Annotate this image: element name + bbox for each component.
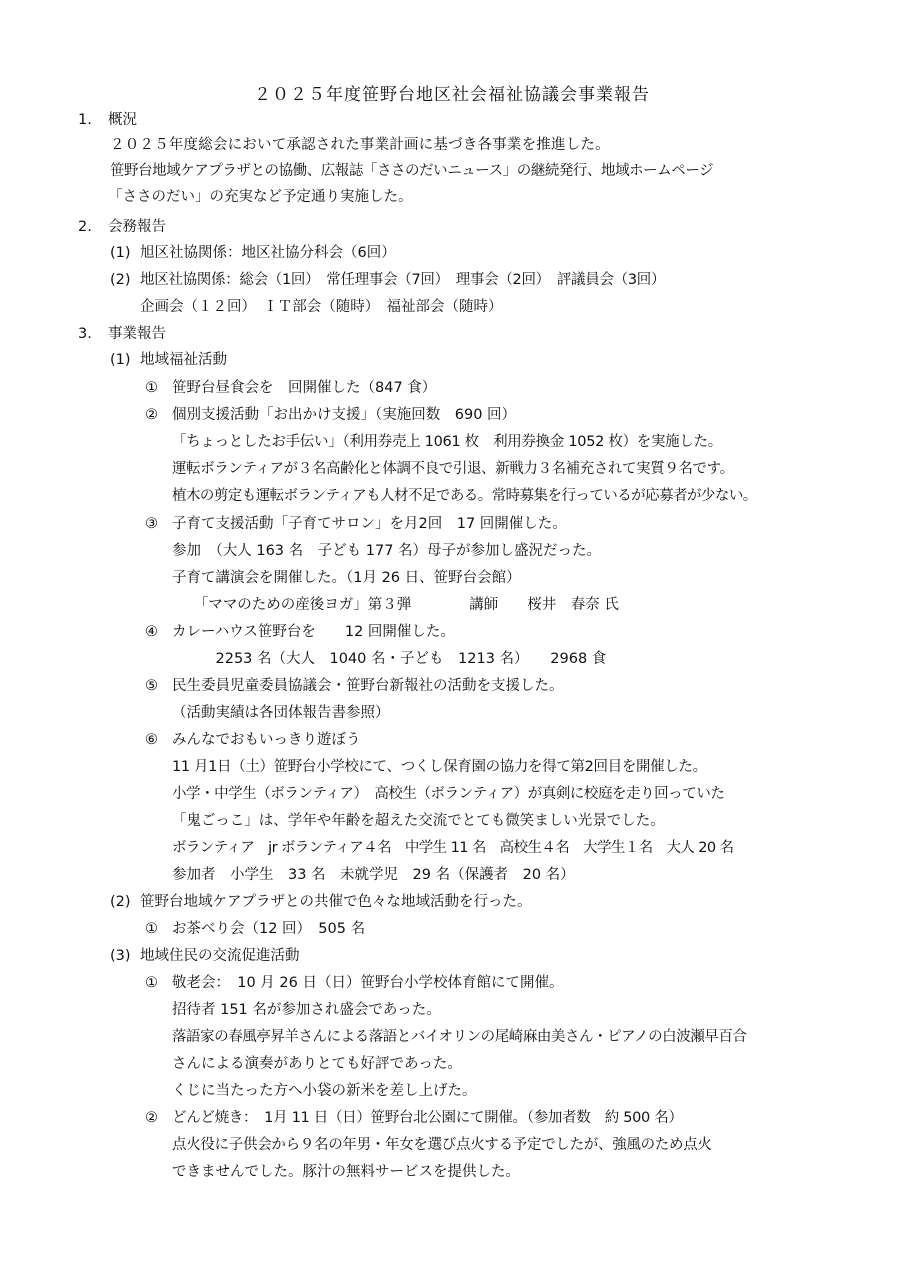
subsection-3-heading: 地域住民の交流促進活動 <box>140 946 300 966</box>
subsection-3-number: (3) <box>110 946 131 966</box>
section-1-line: ２０２５年度総会において承認された事業計画に基づき各事業を推進した。 <box>110 135 610 155</box>
section-3-number: 3. <box>78 324 92 344</box>
item-line: 運転ボランティアが３名高齢化と体調不良で引退、新戦力３名補充されて実質９名です。 <box>172 459 734 479</box>
item-line: （活動実績は各団体報告書参照） <box>172 703 390 723</box>
item-line: カレーハウス笹野台を 12 回開催した。 <box>172 622 455 642</box>
section-1-line: 「ささのだい」の充実など予定通り実施した。 <box>108 187 413 207</box>
item-number: ① <box>145 919 158 939</box>
document-page: ２０２５年度笹野台地区社会福祉協議会事業報告 1. 概況 ２０２５年度総会におい… <box>0 0 904 1280</box>
item-line: 「ママのための産後ヨガ」第３弾 講師 桜井 春奈 氏 <box>172 595 619 615</box>
item-number: ① <box>145 973 158 993</box>
item-line: 点火役に子供会から９名の年男・年女を選び点火する予定でしたが、強風のため点火 <box>172 1135 712 1155</box>
section-2-item-2-cont: 企画会（１２回） ＩＴ部会（随時） 福祉部会（随時） <box>140 297 503 317</box>
item-number: ① <box>145 378 158 398</box>
item-line: 子育て支援活動「子育てサロン」を月2回 17 回開催した。 <box>172 514 567 534</box>
item-line: 植木の剪定も運転ボランティアも人材不足である。常時募集を行っているが応募者が少な… <box>172 486 757 506</box>
item-line: さんによる演奏がありとても好評であった。 <box>172 1054 462 1074</box>
item-line: 「ちょっとしたお手伝い」（利用券売上 1061 枚 利用券換金 1052 枚）を… <box>172 432 722 452</box>
item-line: 落語家の春風亭昇羊さんによる落語とバイオリンの尾崎麻由美さん・ピアノの白波瀬早百… <box>172 1027 746 1047</box>
item-line: みんなでおもいっきり遊ぼう <box>172 730 361 750</box>
subsection-1-number: (1) <box>110 350 131 370</box>
item-line: 11 月1日（土）笹野台小学校にて、つくし保育園の協力を得て第2回目を開催した。 <box>172 757 707 777</box>
subsection-1-heading: 地域福祉活動 <box>140 350 227 370</box>
section-1-heading: 概況 <box>108 110 137 130</box>
item-line: 参加者 小学生 33 名 未就学児 29 名（保護者 20 名） <box>172 865 575 885</box>
item-line: できませんでした。豚汁の無料サービスを提供した。 <box>172 1162 520 1182</box>
section-2-item-2-number: (2) <box>110 270 131 290</box>
item-line: 民生委員児童委員協議会・笹野台新報社の活動を支援した。 <box>172 676 564 696</box>
section-2-item-1: 旭区社協関係：地区社協分科会（6回） <box>140 243 396 263</box>
item-number: ④ <box>145 622 158 642</box>
item-number: ⑥ <box>145 730 158 750</box>
item-line: 笹野台昼食会を 回開催した（847 食） <box>172 378 436 398</box>
item-line: くじに当たった方へ小袋の新米を差し上げた。 <box>172 1081 477 1101</box>
item-line: 敬老会： 10 月 26 日（日）笹野台小学校体育館にて開催。 <box>172 973 563 993</box>
item-line: 小学・中学生（ボランティア） 高校生（ボランティア）が真剣に校庭を走り回っていた <box>172 784 724 804</box>
section-1-line: 笹野台地域ケアプラザとの協働、広報誌「ささのだいニュース」の継続発行、地域ホーム… <box>110 161 713 181</box>
section-1-number: 1. <box>78 110 92 130</box>
item-line: 参加 （大人 163 名 子ども 177 名）母子が参加し盛況だった。 <box>172 541 601 561</box>
item-number: ② <box>145 1108 158 1128</box>
section-3-heading: 事業報告 <box>108 324 166 344</box>
section-2-item-1-number: (1) <box>110 243 131 263</box>
item-line: 招待者 151 名が参加され盛会であった。 <box>172 1000 441 1020</box>
section-2-item-2: 地区社協関係：総会（1回） 常任理事会（7回） 理事会（2回） 評議員会（3回） <box>140 270 665 290</box>
item-number: ⑤ <box>145 676 158 696</box>
item-line: 「鬼ごっこ」は、学年や年齢を超えた交流でとても微笑ましい光景でした。 <box>172 811 665 831</box>
section-2-heading: 会務報告 <box>108 217 166 237</box>
subsection-2-heading: 笹野台地域ケアプラザとの共催で色々な地域活動を行った。 <box>140 892 532 912</box>
item-line: 2253 名（大人 1040 名・子ども 1213 名） 2968 食 <box>172 649 606 669</box>
item-number: ③ <box>145 514 158 534</box>
subsection-2-number: (2) <box>110 892 131 912</box>
item-number: ② <box>145 405 158 425</box>
page-title: ２０２５年度笹野台地区社会福祉協議会事業報告 <box>0 80 904 105</box>
section-2-number: 2. <box>78 217 92 237</box>
item-line: 子育て講演会を開催した。（1月 26 日、笹野台会館） <box>172 568 521 588</box>
item-line: 個別支援活動「お出かけ支援」（実施回数 690 回） <box>172 405 516 425</box>
item-line: ボランティア jr ボランティア４名 中学生 11 名 高校生４名 大学生１名 … <box>172 838 733 858</box>
item-line: どんど焼き： 1月 11 日（日）笹野台北公園にて開催。（参加者数 約 500 … <box>172 1108 683 1128</box>
item-line: お茶べり会（12 回） 505 名 <box>172 919 365 939</box>
